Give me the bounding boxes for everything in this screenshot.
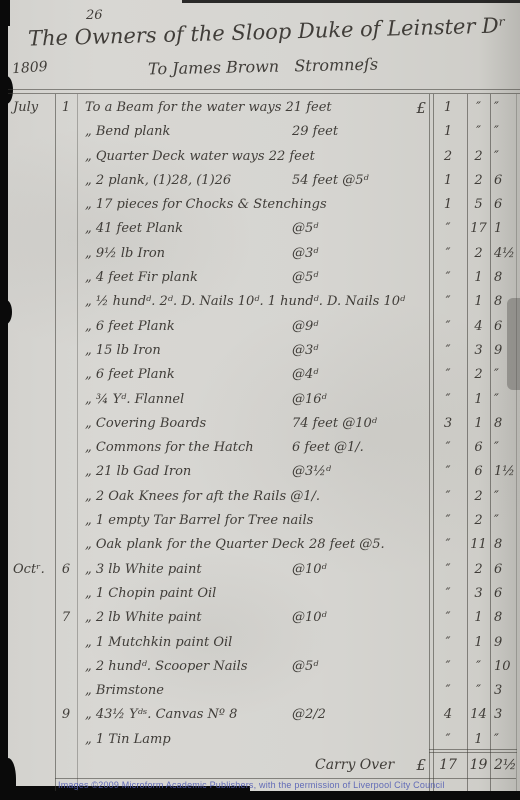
ledger-rows: July 1 To a Beam for the water ways 21 f… xyxy=(8,96,516,752)
entry-text: „ ½ hundᵈ. 2ᵈ. D. Nails 10ᵈ. 1 hundᵈ. D.… xyxy=(85,294,405,309)
entry-pounds: 1 xyxy=(429,120,467,144)
entry-month xyxy=(8,290,55,314)
entry-text: „ Oak plank for the Quarter Deck 28 feet… xyxy=(85,537,385,552)
entry-month xyxy=(8,582,55,606)
entry-pounds: ″ xyxy=(429,242,467,266)
entry-text: „ Brimstone xyxy=(85,683,164,698)
entry-description: „ Oak plank for the Quarter Deck 28 feet… xyxy=(77,533,429,557)
entry-shillings: 3 xyxy=(467,582,490,606)
entry-pence: 3 xyxy=(490,703,516,727)
entry-day xyxy=(55,631,77,655)
entry-text: „ 2 plank, (1)28, (1)26 xyxy=(85,173,231,188)
entry-day xyxy=(55,242,77,266)
footer-rule xyxy=(55,778,516,779)
total-shillings: 19 xyxy=(467,752,490,778)
entry-pounds: ″ xyxy=(429,582,467,606)
entry-day xyxy=(55,145,77,169)
entry-text: „ 6 feet Plank xyxy=(85,367,175,382)
entry-rate: @2/2 xyxy=(292,703,326,727)
entry-pence: ″ xyxy=(490,728,516,752)
entry-day: 9 xyxy=(55,703,77,727)
entry-shillings: 1 xyxy=(467,266,490,290)
entry-text: „ 1 empty Tar Barrel for Tree nails xyxy=(85,513,313,528)
entry-description: „ 6 feet Plank @9ᵈ xyxy=(77,315,429,339)
page-number: 26 xyxy=(86,8,103,23)
entry-month xyxy=(8,169,55,193)
entry-month: July xyxy=(8,96,55,120)
entry-rate: @3ᵈ xyxy=(292,242,318,266)
entry-pounds: ″ xyxy=(429,533,467,557)
entry-description: „ Quarter Deck water ways 22 feet xyxy=(77,145,429,169)
entry-shillings: 2 xyxy=(467,145,490,169)
entry-pence: 8 xyxy=(490,533,516,557)
entry-shillings: 2 xyxy=(467,485,490,509)
entry-day: 6 xyxy=(55,558,77,582)
entry-day xyxy=(55,169,77,193)
table-row: „ 1 Tin Lamp ″ 1 ″ xyxy=(8,728,516,752)
table-row: „ Commons for the Hatch 6 feet @1/. ″ 6 … xyxy=(8,436,516,460)
entry-pounds: ″ xyxy=(429,315,467,339)
entry-day xyxy=(55,436,77,460)
entry-pounds: ″ xyxy=(429,485,467,509)
entry-shillings: ″ xyxy=(467,679,490,703)
entry-rate: @5ᵈ xyxy=(292,217,318,241)
entry-description: „ 2 plank, (1)28, (1)26 54 feet @5ᵈ xyxy=(77,169,429,193)
entry-description: „ Covering Boards 74 feet @10ᵈ xyxy=(77,412,429,436)
table-row: „ Brimstone ″ ″ 3 xyxy=(8,679,516,703)
entry-pence: 10 xyxy=(490,655,516,679)
header-rule-top xyxy=(8,89,520,90)
column-rule-right xyxy=(516,94,517,791)
table-row: „ ¾ Yᵈ. Flannel @16ᵈ ″ 1 ″ xyxy=(8,388,516,412)
entry-rate: @4ᵈ xyxy=(292,363,318,387)
entry-description: „ 4 feet Fir plank @5ᵈ xyxy=(77,266,429,290)
entry-month xyxy=(8,217,55,241)
entry-description: To a Beam for the water ways 21 feet £ xyxy=(77,96,429,120)
entry-month xyxy=(8,388,55,412)
entry-day xyxy=(55,339,77,363)
entry-text: „ 2 hundᵈ. Scooper Nails xyxy=(85,659,248,674)
entry-pounds: 1 xyxy=(429,169,467,193)
entry-description: „ 9½ lb Iron @3ᵈ xyxy=(77,242,429,266)
entry-shillings: 17 xyxy=(467,217,490,241)
entry-pounds: ″ xyxy=(429,290,467,314)
header-rule-bottom xyxy=(8,93,520,94)
entry-day xyxy=(55,120,77,144)
table-row: July 1 To a Beam for the water ways 21 f… xyxy=(8,96,516,120)
entry-description: „ 15 lb Iron @3ᵈ xyxy=(77,339,429,363)
entry-shillings: 2 xyxy=(467,169,490,193)
table-row: „ 2 hundᵈ. Scooper Nails @5ᵈ ″ ″ 10 xyxy=(8,655,516,679)
entry-day xyxy=(55,679,77,703)
table-row: „ 2 Oak Knees for aft the Rails @1/. ″ 2… xyxy=(8,485,516,509)
entry-pounds: ″ xyxy=(429,631,467,655)
entry-description: „ 41 feet Plank @5ᵈ xyxy=(77,217,429,241)
entry-shillings: 3 xyxy=(467,339,490,363)
entry-shillings: 2 xyxy=(467,242,490,266)
entry-description: „ 2 hundᵈ. Scooper Nails @5ᵈ xyxy=(77,655,429,679)
entry-day xyxy=(55,266,77,290)
entry-shillings: 6 xyxy=(467,460,490,484)
table-row: „ Bend plank 29 feet 1 ″ ″ xyxy=(8,120,516,144)
entry-text: „ 43½ Yᵈˢ. Canvas Nº 8 xyxy=(85,707,237,722)
entry-shillings: 11 xyxy=(467,533,490,557)
table-row: „ 1 Mutchkin paint Oil ″ 1 9 xyxy=(8,631,516,655)
entry-month xyxy=(8,145,55,169)
total-pence: 2½ xyxy=(490,752,516,778)
table-row: „ 6 feet Plank @4ᵈ ″ 2 ″ xyxy=(8,363,516,387)
entry-shillings: 2 xyxy=(467,363,490,387)
entry-pence: 6 xyxy=(490,169,516,193)
entry-rate: @10ᵈ xyxy=(292,606,327,630)
entry-text: „ Quarter Deck water ways 22 feet xyxy=(85,149,315,164)
entry-shillings: 1 xyxy=(467,606,490,630)
entry-pounds: ″ xyxy=(429,363,467,387)
entry-month: Octʳ. xyxy=(8,558,55,582)
entry-month xyxy=(8,242,55,266)
entry-pence: 1 xyxy=(490,217,516,241)
entry-rate: @3½ᵈ xyxy=(292,460,331,484)
entry-description: „ 43½ Yᵈˢ. Canvas Nº 8 @2/2 xyxy=(77,703,429,727)
entry-month xyxy=(8,606,55,630)
entry-text: „ 21 lb Gad Iron xyxy=(85,464,191,479)
entry-pence: 6 xyxy=(490,582,516,606)
entry-rate: @10ᵈ xyxy=(292,558,327,582)
entry-text: „ 6 feet Plank xyxy=(85,319,175,334)
scan-blemish xyxy=(0,0,10,26)
entry-day xyxy=(55,533,77,557)
entry-month xyxy=(8,703,55,727)
entry-pence: 6 xyxy=(490,558,516,582)
entry-month xyxy=(8,485,55,509)
entry-month xyxy=(8,509,55,533)
entry-shillings: 2 xyxy=(467,509,490,533)
entry-day xyxy=(55,509,77,533)
carry-over-row: Carry Over £ 17 19 2½ xyxy=(8,752,516,778)
entry-text: „ Covering Boards xyxy=(85,416,206,431)
entry-month xyxy=(8,533,55,557)
entry-month xyxy=(8,363,55,387)
scan-edge-left xyxy=(0,0,8,800)
entry-pounds: ″ xyxy=(429,679,467,703)
year-label: 1809 xyxy=(11,59,48,77)
entry-shillings: 1 xyxy=(467,290,490,314)
entry-day xyxy=(55,388,77,412)
carry-over-label: Carry Over xyxy=(315,757,394,773)
table-row: „ 4 feet Fir plank @5ᵈ ″ 1 8 xyxy=(8,266,516,290)
entry-pence: 3 xyxy=(490,679,516,703)
entry-day xyxy=(55,485,77,509)
entry-shillings: 4 xyxy=(467,315,490,339)
entry-month xyxy=(8,655,55,679)
scanned-ledger-page: 26 The Owners of the Sloop Duke of Leins… xyxy=(0,0,520,800)
entry-day xyxy=(55,655,77,679)
entry-day xyxy=(55,582,77,606)
table-row: „ 41 feet Plank @5ᵈ ″ 17 1 xyxy=(8,217,516,241)
entry-text: „ 41 feet Plank xyxy=(85,221,183,236)
table-row: „ Covering Boards 74 feet @10ᵈ 3 1 8 xyxy=(8,412,516,436)
entry-text: „ ¾ Yᵈ. Flannel xyxy=(85,392,184,407)
entry-rate: @5ᵈ xyxy=(292,655,318,679)
entry-pounds: ″ xyxy=(429,655,467,679)
entry-rate: 54 feet @5ᵈ xyxy=(292,169,369,193)
entry-text: „ 1 Chopin paint Oil xyxy=(85,586,216,601)
entry-day xyxy=(55,460,77,484)
carry-over-cell: Carry Over £ xyxy=(77,752,429,778)
entry-pence: ″ xyxy=(490,120,516,144)
entry-text: „ 1 Tin Lamp xyxy=(85,732,171,747)
entry-pounds: 2 xyxy=(429,145,467,169)
entry-month xyxy=(8,120,55,144)
entry-text: „ 1 Mutchkin paint Oil xyxy=(85,635,232,650)
entry-shillings: ″ xyxy=(467,655,490,679)
currency-mark: £ xyxy=(416,752,426,778)
entry-text: „ 9½ lb Iron xyxy=(85,246,165,261)
table-row: „ 1 Chopin paint Oil ″ 3 6 xyxy=(8,582,516,606)
entry-day xyxy=(55,412,77,436)
entry-shillings: 14 xyxy=(467,703,490,727)
entry-shillings: 1 xyxy=(467,388,490,412)
entry-description: „ 21 lb Gad Iron @3½ᵈ xyxy=(77,460,429,484)
scan-edge-top xyxy=(182,0,520,3)
entry-pence: 8 xyxy=(490,266,516,290)
entry-text: To a Beam for the water ways 21 feet xyxy=(85,100,332,115)
entry-pounds: ″ xyxy=(429,339,467,363)
entry-pounds: ″ xyxy=(429,606,467,630)
entry-pounds: 3 xyxy=(429,412,467,436)
entry-pence: ″ xyxy=(490,509,516,533)
entry-pence: 6 xyxy=(490,193,516,217)
entry-text: „ 15 lb Iron xyxy=(85,343,161,358)
entry-pence: ″ xyxy=(490,388,516,412)
table-row: 9 „ 43½ Yᵈˢ. Canvas Nº 8 @2/2 4 14 3 xyxy=(8,703,516,727)
entry-shillings: ″ xyxy=(467,96,490,120)
table-row: „ Oak plank for the Quarter Deck 28 feet… xyxy=(8,533,516,557)
entry-shillings: 1 xyxy=(467,412,490,436)
table-row: „ ½ hundᵈ. 2ᵈ. D. Nails 10ᵈ. 1 hundᵈ. D.… xyxy=(8,290,516,314)
entry-text: „ 2 lb White paint xyxy=(85,610,202,625)
table-row: „ 6 feet Plank @9ᵈ ″ 4 6 xyxy=(8,315,516,339)
entry-description: „ Bend plank 29 feet xyxy=(77,120,429,144)
entry-pence: ″ xyxy=(490,96,516,120)
entry-pounds: ″ xyxy=(429,217,467,241)
entry-month xyxy=(8,728,55,752)
entry-shillings: 2 xyxy=(467,558,490,582)
entry-shillings: 1 xyxy=(467,631,490,655)
entry-shillings: 5 xyxy=(467,193,490,217)
entry-pence: ″ xyxy=(490,145,516,169)
entry-pence: ″ xyxy=(490,363,516,387)
entry-pence: ″ xyxy=(490,485,516,509)
entry-shillings: ″ xyxy=(467,120,490,144)
table-row: „ 2 plank, (1)28, (1)26 54 feet @5ᵈ 1 2 … xyxy=(8,169,516,193)
entry-day: 1 xyxy=(55,96,77,120)
entry-pence: 8 xyxy=(490,606,516,630)
entry-rate: 29 feet xyxy=(292,120,338,144)
entry-description: „ ¾ Yᵈ. Flannel @16ᵈ xyxy=(77,388,429,412)
table-row: „ 21 lb Gad Iron @3½ᵈ ″ 6 1½ xyxy=(8,460,516,484)
entry-pence: 4½ xyxy=(490,242,516,266)
entry-description: „ Brimstone xyxy=(77,679,429,703)
entry-day xyxy=(55,217,77,241)
entry-pounds: ″ xyxy=(429,436,467,460)
entry-description: „ 3 lb White paint @10ᵈ xyxy=(77,558,429,582)
entry-text: „ 3 lb White paint xyxy=(85,562,202,577)
entry-pounds: ″ xyxy=(429,266,467,290)
table-row: Octʳ. 6 „ 3 lb White paint @10ᵈ ″ 2 6 xyxy=(8,558,516,582)
entry-month xyxy=(8,266,55,290)
entry-pence: 8 xyxy=(490,412,516,436)
entry-text: „ 2 Oak Knees for aft the Rails @1/. xyxy=(85,489,320,504)
entry-day: 7 xyxy=(55,606,77,630)
entry-pounds: ″ xyxy=(429,509,467,533)
entry-shillings: 1 xyxy=(467,728,490,752)
entry-rate: @3ᵈ xyxy=(292,339,318,363)
entry-description: „ 1 Tin Lamp xyxy=(77,728,429,752)
entry-description: „ ½ hundᵈ. 2ᵈ. D. Nails 10ᵈ. 1 hundᵈ. D.… xyxy=(77,290,429,314)
entry-day xyxy=(55,363,77,387)
entry-rate: @9ᵈ xyxy=(292,315,318,339)
entry-pence: 8 xyxy=(490,290,516,314)
entry-description: „ 6 feet Plank @4ᵈ xyxy=(77,363,429,387)
entry-pounds: ″ xyxy=(429,388,467,412)
entry-description: „ 1 Chopin paint Oil xyxy=(77,582,429,606)
table-row: „ 17 pieces for Chocks & Stenchings 1 5 … xyxy=(8,193,516,217)
entry-month xyxy=(8,315,55,339)
entry-month xyxy=(8,460,55,484)
currency-mark: £ xyxy=(416,96,426,120)
entry-pence: 9 xyxy=(490,631,516,655)
table-row: 7 „ 2 lb White paint @10ᵈ ″ 1 8 xyxy=(8,606,516,630)
entry-rate: @16ᵈ xyxy=(292,388,327,412)
copyright-watermark: Images ©2009 Microform Academic Publishe… xyxy=(58,780,478,790)
debtor-abbreviation: Dʳ xyxy=(481,13,506,38)
table-row: „ 15 lb Iron @3ᵈ ″ 3 9 xyxy=(8,339,516,363)
entry-rate: 6 feet @1/. xyxy=(292,436,364,460)
entry-text: „ Commons for the Hatch xyxy=(85,440,254,455)
entry-month xyxy=(8,436,55,460)
entry-pence: ″ xyxy=(490,436,516,460)
entry-day xyxy=(55,193,77,217)
table-row: „ 9½ lb Iron @3ᵈ ″ 2 4½ xyxy=(8,242,516,266)
entry-day xyxy=(55,315,77,339)
entry-rate: @5ᵈ xyxy=(292,266,318,290)
entry-text: „ 4 feet Fir plank xyxy=(85,270,198,285)
entry-pounds: ″ xyxy=(429,728,467,752)
entry-month xyxy=(8,631,55,655)
entry-day xyxy=(55,290,77,314)
entry-pence: 9 xyxy=(490,339,516,363)
entry-text: „ 17 pieces for Chocks & Stenchings xyxy=(85,197,327,212)
entry-pence: 1½ xyxy=(490,460,516,484)
entry-pounds: 1 xyxy=(429,96,467,120)
table-row: „ Quarter Deck water ways 22 feet 2 2 ″ xyxy=(8,145,516,169)
entry-description: „ 1 Mutchkin paint Oil xyxy=(77,631,429,655)
entry-shillings: 6 xyxy=(467,436,490,460)
entry-day xyxy=(55,728,77,752)
entry-month xyxy=(8,339,55,363)
entry-rate: 74 feet @10ᵈ xyxy=(292,412,377,436)
entry-description: „ 1 empty Tar Barrel for Tree nails xyxy=(77,509,429,533)
entry-pounds: ″ xyxy=(429,460,467,484)
entry-description: „ Commons for the Hatch 6 feet @1/. xyxy=(77,436,429,460)
entry-pounds: 1 xyxy=(429,193,467,217)
entry-month xyxy=(8,193,55,217)
entry-text: „ Bend plank xyxy=(85,124,170,139)
entry-month xyxy=(8,412,55,436)
entry-month xyxy=(8,679,55,703)
entry-pounds: 4 xyxy=(429,703,467,727)
entry-pounds: ″ xyxy=(429,558,467,582)
entry-description: „ 2 Oak Knees for aft the Rails @1/. xyxy=(77,485,429,509)
total-pounds: 17 xyxy=(429,752,467,778)
entry-pence: 6 xyxy=(490,315,516,339)
entry-description: „ 2 lb White paint @10ᵈ xyxy=(77,606,429,630)
table-row: „ 1 empty Tar Barrel for Tree nails ″ 2 … xyxy=(8,509,516,533)
entry-description: „ 17 pieces for Chocks & Stenchings xyxy=(77,193,429,217)
